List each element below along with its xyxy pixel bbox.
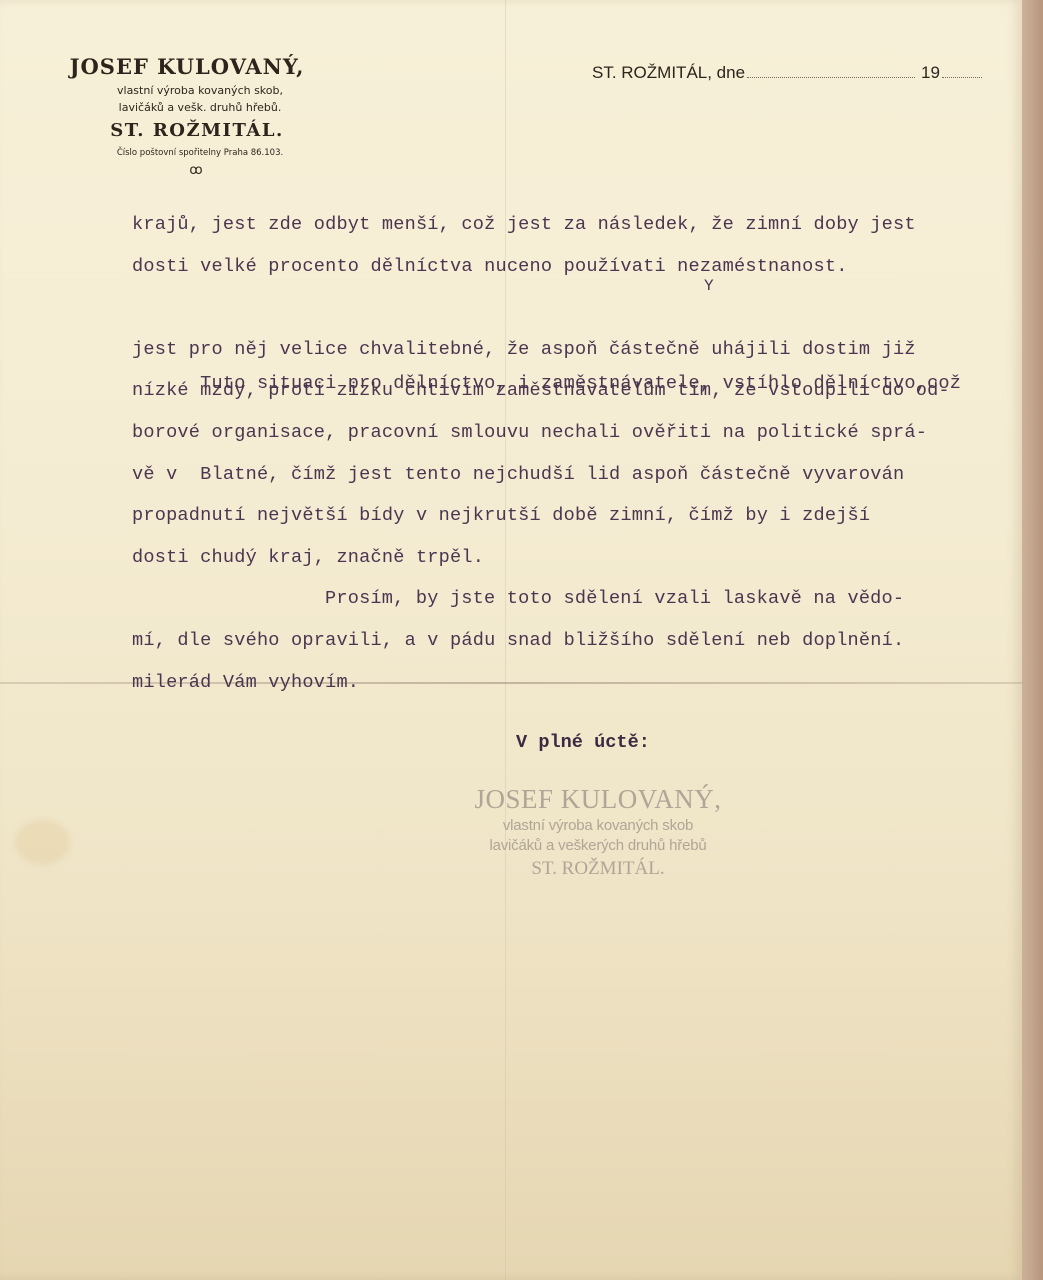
date-year-prefix: 19 <box>921 63 940 83</box>
date-place: ST. ROŽMITÁL, dne <box>592 63 745 83</box>
body-line: krajů, jest zde odbyt menší, což jest za… <box>132 206 1012 248</box>
stamp-description-1: vlastní výroba kovaných skob <box>448 816 748 836</box>
stamp-description-2: lavičáků a veškerých druhů hřebů <box>448 836 748 856</box>
ornament-icon: ꝏ <box>42 160 350 182</box>
stamp-city: ST. ROŽMITÁL. <box>448 856 748 882</box>
body-line: nízké mzdy, proti zizku chtivím zaměstná… <box>132 372 1012 414</box>
letterhead-city: ST. ROŽMITÁL. <box>44 116 350 146</box>
paper-stain <box>15 820 70 865</box>
date-line: ST. ROŽMITÁL, dne 19 <box>592 63 992 83</box>
body-line: jest pro něj velice chvalitebné, že aspo… <box>132 331 1012 373</box>
stamp-name: JOSEF KULOVANÝ, <box>448 782 748 816</box>
letterhead-description-2: lavičáků a vešk. druhů hřebů. <box>50 99 350 116</box>
letterhead-description-1: vlastní výroba kovaných skob, <box>50 82 350 99</box>
body-line: propadnutí největší bídy v nejkrutší dob… <box>132 497 1012 539</box>
letterhead-company-name: JOSEF KULOVANÝ, <box>24 52 350 82</box>
body-line: mí, dle svého opravili, a v pádu snad bl… <box>132 622 1012 664</box>
body-line-with-insert: Y Tuto situaci pro dělníctvo, i zaměstná… <box>132 289 1012 331</box>
signature-stamp: JOSEF KULOVANÝ, vlastní výroba kovaných … <box>448 782 748 882</box>
body-line: dosti chudý kraj, značně trpěl. <box>132 539 1012 581</box>
body-line: milerád Vám vyhovím. <box>132 664 1012 706</box>
body-line: dosti velké procento dělníctva nuceno po… <box>132 248 1012 290</box>
letterhead: JOSEF KULOVANÝ, vlastní výroba kovaných … <box>30 52 350 182</box>
date-blank-day <box>747 76 915 78</box>
letter-paper: JOSEF KULOVANÝ, vlastní výroba kovaných … <box>0 0 1022 1280</box>
body-line: borové organisace, pracovní smlouvu nech… <box>132 414 1012 456</box>
handwritten-insert-mark: Y <box>704 267 714 305</box>
closing-salutation: V plné úctě: <box>516 732 650 753</box>
letter-body: krajů, jest zde odbyt menší, což jest za… <box>132 206 1012 705</box>
letterhead-account-number: Číslo poštovní spořitelny Praha 86.103. <box>50 146 350 160</box>
body-line-paragraph-start: Prosím, by jste toto sdělení vzali laska… <box>132 580 1012 622</box>
date-blank-year <box>942 76 982 78</box>
body-line: vě v Blatné, čímž jest tento nejchudší l… <box>132 456 1012 498</box>
